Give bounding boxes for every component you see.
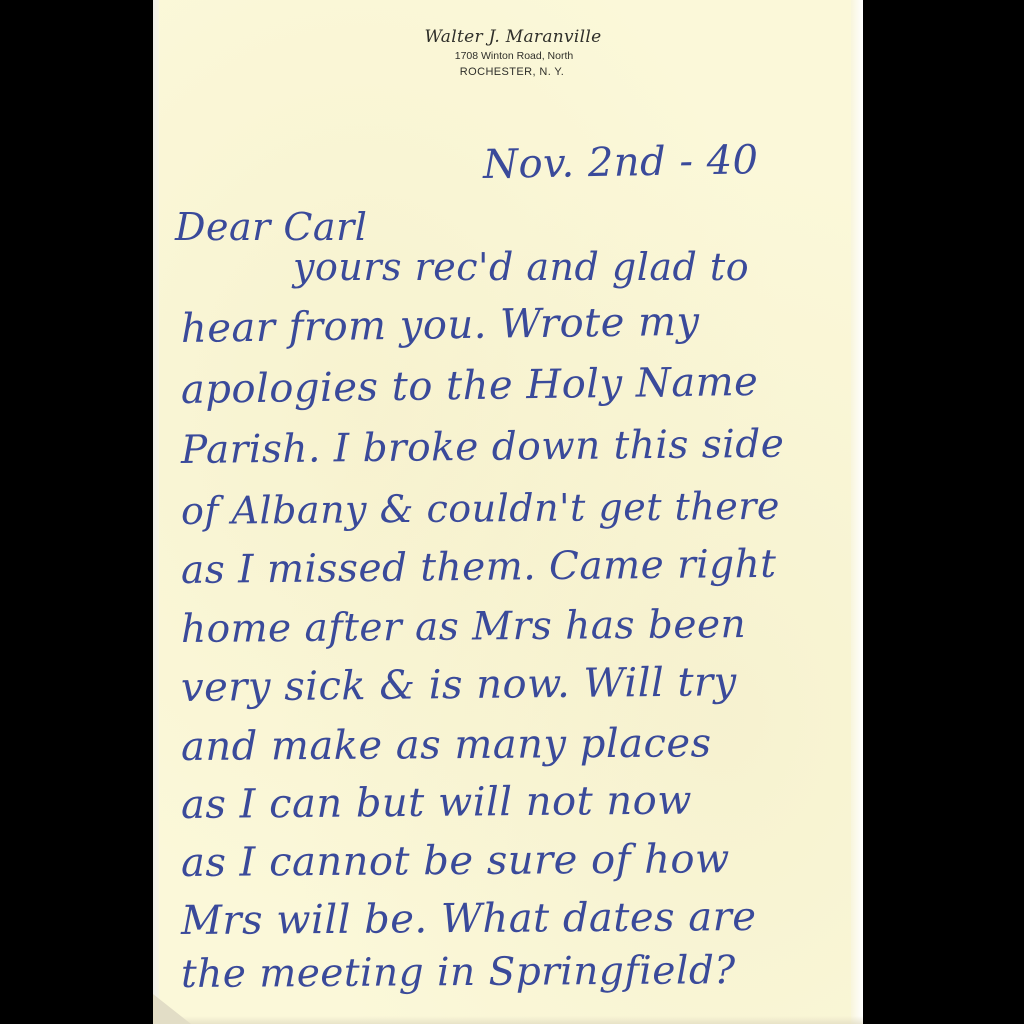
- letter-line: as I missed them. Came right: [181, 542, 777, 593]
- letter-line: yours rec'd and glad to: [293, 245, 749, 289]
- letter-salutation: Dear Carl: [175, 205, 367, 249]
- letter-line: and make as many places: [181, 720, 712, 770]
- letter-line: Mrs will be. What dates are: [181, 894, 757, 944]
- paper-left-edge: [153, 0, 159, 1024]
- letter-line: Parish. I broke down this side: [181, 422, 785, 473]
- paper-bottom-shadow: [153, 1016, 863, 1024]
- letter-line: very sick & is now. Will try: [181, 659, 737, 711]
- letterhead-city: ROCHESTER, N. Y.: [161, 64, 863, 80]
- paper-right-edge: [851, 0, 863, 1024]
- letter-line: the meeting in Springfield?: [181, 948, 736, 997]
- letterhead-address: 1708 Winton Road, North: [165, 48, 863, 64]
- letter-line: of Albany & couldn't get there: [181, 484, 780, 533]
- letter-page: Walter J. Maranville 1708 Winton Road, N…: [153, 0, 863, 1024]
- letter-line: as I can but will not now: [181, 778, 692, 828]
- letterhead: Walter J. Maranville 1708 Winton Road, N…: [153, 26, 863, 80]
- letter-date: Nov. 2nd - 40: [483, 137, 759, 188]
- scan-viewport: Walter J. Maranville 1708 Winton Road, N…: [0, 0, 1024, 1024]
- letter-line: hear from you. Wrote my: [181, 299, 700, 352]
- letter-line: as I cannot be sure of how: [181, 836, 730, 886]
- folded-corner: [153, 994, 191, 1024]
- letter-line: home after as Mrs has been: [181, 602, 747, 652]
- letterhead-name: Walter J. Maranville: [163, 26, 863, 48]
- letter-line: apologies to the Holy Name: [181, 359, 759, 413]
